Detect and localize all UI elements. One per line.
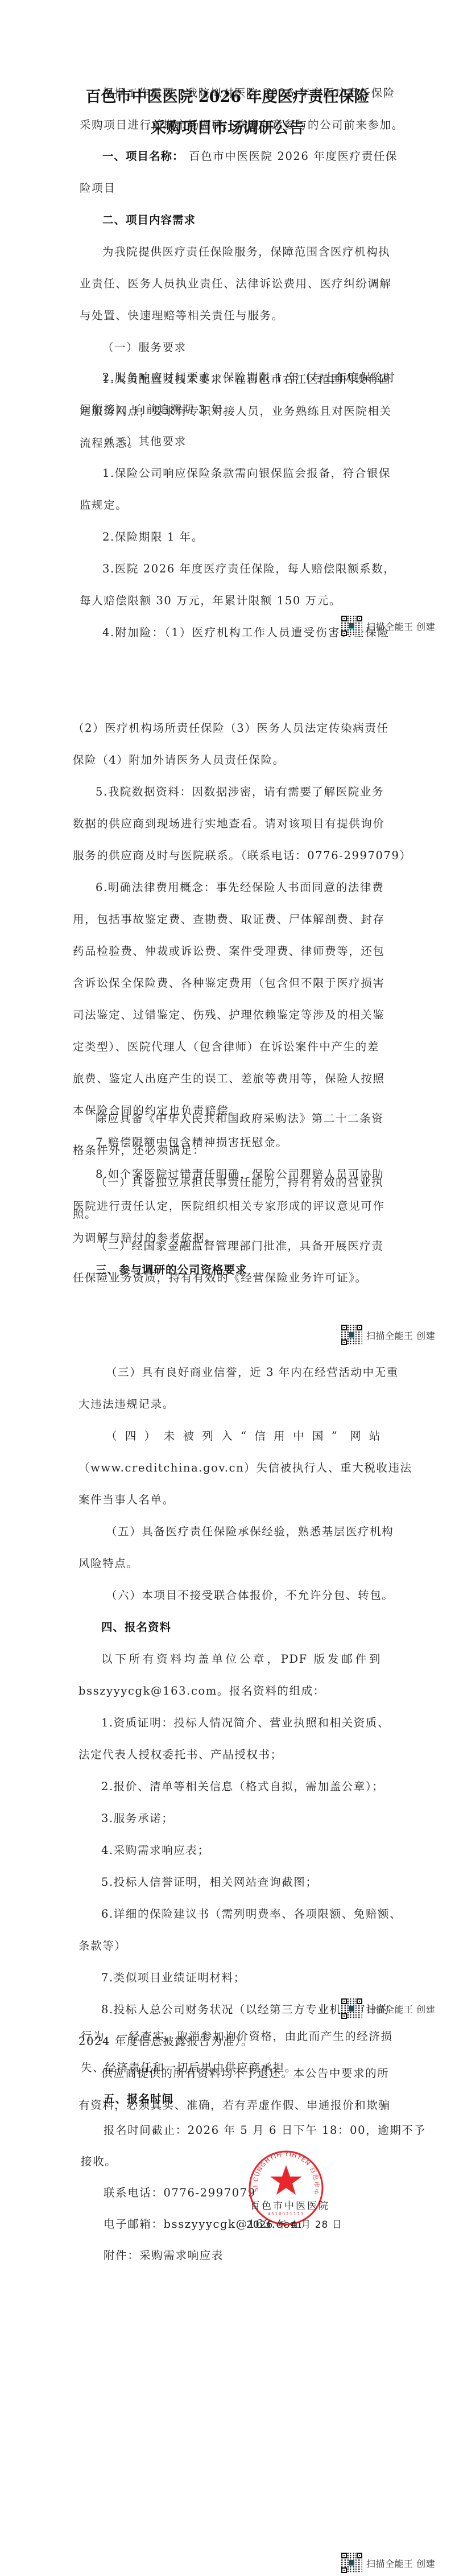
watermark-text: 扫描全能王 创建 — [366, 2002, 435, 2016]
paragraph-line: 任保险业务资质，持有有效的《经营保险业务许可证》。 — [73, 1271, 367, 1285]
watermark-text: 扫描全能王 创建 — [366, 2557, 435, 2570]
paragraph-line: （www.creditchina.gov.cn）失信被执行人、重大税收违法 — [78, 1461, 381, 1475]
paragraph-line: 根据工作需要，我院拟对医院 2026 年度医疗责任保险 — [102, 86, 390, 100]
paragraph-line: 数据的供应商到现场进行实地查看。请对该项目有提供询价 — [73, 817, 377, 831]
paragraph-line: 接收。 — [81, 2155, 117, 2169]
paragraph-line: 与处置、快速理赔等相关责任与服务。 — [80, 309, 284, 323]
paragraph-line: bsszyyycgk@163.com。报名资料的组成： — [78, 1684, 325, 1698]
paragraph-line: 案件当事人名单。 — [78, 1493, 175, 1507]
paragraph-line: 医院进行责任认定，医院组织相关专家形成的评议意见可作 — [73, 1200, 377, 1213]
paragraph-line: 失、经济责任和一切后果由供应商承担。 — [81, 2061, 297, 2075]
paragraph-line: 1.资质证明：投标人情况简介、营业执照和相关资质、 — [101, 1716, 379, 1730]
paragraph-line: 司法鉴定、过错鉴定、伤残、护理依赖鉴定等涉及的相关鉴 — [73, 1008, 377, 1022]
watermark-text: 扫描全能王 创建 — [366, 620, 435, 633]
section-heading: 五、报名时间 — [104, 2092, 173, 2106]
paragraph-line: 格条件外，还必须满足： — [73, 1144, 205, 1157]
paragraph-line: 以下所有资料均盖单位公章，PDF 版发邮件到 — [101, 1652, 381, 1666]
paragraph-line: 业责任、医务人员执业责任、法律诉讼费用、医疗纠纷调解 — [80, 277, 390, 291]
section-heading: 四、报名资料 — [101, 1621, 171, 1634]
paragraph-line: 附件：采购需求响应表 — [104, 2249, 224, 2262]
qr-code-icon — [341, 1998, 362, 2019]
paragraph-line: 6.明确法律费用概念：事先经保险人书面同意的法律费 — [96, 881, 377, 895]
paragraph-line: 大违法违规记录。 — [78, 1398, 175, 1411]
paragraph-line: （一）服务要求 — [102, 341, 187, 355]
paragraph-line: 旅费、鉴定人出庭产生的误工、差旅等费用等，保险人按照 — [73, 1072, 377, 1086]
paragraph-line: （2）医疗机构场所责任保险（3）医务人员法定传染病责任 — [73, 722, 377, 735]
paragraph-line: 2.保险期限 1 年。 — [102, 530, 204, 544]
paragraph-line: 法定代表人授权委托书、产品授权书； — [78, 1748, 283, 1762]
paragraph-line: 3.服务承诺； — [101, 1812, 173, 1825]
paragraph-line: 监规定。 — [80, 498, 127, 512]
scanner-watermark: 扫描全能王 创建 — [341, 2553, 435, 2573]
section-heading: 二、项目内容需求 — [102, 213, 196, 227]
paragraph-line: 风险特点。 — [78, 1557, 139, 1571]
paragraph-line: （三）具有良好商业信誉，近 3 年内在经营活动中无重 — [106, 1366, 381, 1379]
scanner-watermark: 扫描全能王 创建 — [341, 1325, 435, 1345]
paragraph-line: 服务的供应商及时与医院联系。（联系电话：0776-2997079） — [73, 849, 377, 863]
paragraph-line: 1.保险公司响应保险条款需向银保监会报备，符合银保 — [102, 467, 390, 480]
paragraph-line: 5.我院数据资料：因数据涉密，请有需要了解医院业务 — [96, 785, 377, 799]
paragraph-line: 每人赔偿限额 30 万元，年累计限额 150 万元。 — [80, 594, 341, 608]
paragraph-line: 为我院提供医疗责任保险服务，保障范围含医疗机构执 — [102, 245, 390, 259]
paragraph-line: 保险（4）附加外请医务人员责任保险。 — [73, 753, 285, 767]
paragraph-line: 行为，一经查实，取消参加询价资格，由此而产生的经济损 — [81, 2030, 381, 2043]
svg-text:4510021173: 4510021173 — [268, 2212, 305, 2216]
qr-code-icon — [341, 2553, 362, 2573]
scanner-watermark: 扫描全能王 创建 — [341, 1998, 435, 2019]
paragraph-line: 定类型）、医院代理人（包含律师）在诉讼案件中产生的差 — [73, 1040, 377, 1054]
paragraph-line: （一）具备独立承担民事责任能力，持有有效的营业执 — [96, 1176, 377, 1189]
paragraph-line: （五）具备医疗责任保险承保经验，熟悉基层医疗机构 — [106, 1525, 381, 1539]
scanner-watermark: 扫描全能王 创建 — [341, 616, 435, 636]
paragraph-line: 含诉讼保全保险费、各种鉴定费用（包含但不限于医疗损害 — [73, 976, 377, 990]
paragraph-line: 6.详细的保险建议书（需列明费率、各项限额、免赔额、 — [101, 1907, 382, 1921]
paragraph-line: 间衔接），向前追溯期 3 年。 — [80, 403, 235, 417]
paragraph-line: 7.类似项目业绩证明材料； — [101, 1971, 246, 1985]
paragraph-line: 2.报价、清单等相关信息（格式自拟，需加盖公章）； — [101, 1780, 379, 1794]
paragraph-line: 4.采购需求响应表； — [101, 1844, 210, 1857]
paragraph-line: 照。 — [73, 1207, 97, 1221]
paragraph-line: 联系电话：0776-2997079 — [104, 2186, 256, 2200]
paragraph-line: 3.医院 2026 年度医疗责任保险，每人赔偿限额系数， — [102, 562, 384, 576]
signature-org: 百色市中医医院 — [250, 2198, 330, 2212]
paragraph-line: 2.服务响应时间要求：保险期限 1 年（与上年度保险时 — [102, 371, 390, 385]
qr-code-icon — [341, 616, 362, 636]
paragraph-line: 险项目 — [80, 182, 115, 195]
official-seal-icon: BAISE SI CUNGHYIH YIHYEN 百色市中医医院 4510021… — [246, 2148, 326, 2228]
paragraph-line: 百色市中医医院 2026 年度医疗责任保 — [189, 150, 390, 163]
paragraph-line: （二）经国家金融监督管理部门批准，具备开展医疗责 — [96, 1239, 377, 1253]
qr-code-icon — [341, 1325, 362, 1345]
paragraph-line: 用，包括事故鉴定费、查勘费、取证费、尸体解剖费、封存 — [73, 913, 377, 926]
paragraph-line: 条款等） — [78, 1939, 126, 1953]
paragraph-line: 8.投标人总公司财务状况（以经第三方专业机构审计的 — [101, 2003, 382, 2017]
watermark-text: 扫描全能王 创建 — [366, 1329, 435, 1342]
paragraph-line: （四）未被列入“信用中国” 网站 — [106, 1429, 381, 1443]
paragraph-line: 药品检验费、仲裁或诉讼费、案件受理费、律师费等，还包 — [73, 945, 377, 958]
paragraph-line: 采购项目进行前期市场调研，欢迎有意参与的公司前来参加。 — [80, 118, 398, 132]
paragraph-line: 报名时间截止：2026 年 5 月 6 日下午 18：00，逾期不予 — [104, 2124, 381, 2137]
section-heading: 一、项目名称： — [102, 150, 184, 163]
paragraph-line: （六）本项目不接受联合体报价，不允许分包、转包。 — [106, 1589, 381, 1602]
signature-date: 2026 年 4 月 28 日 — [246, 2216, 342, 2231]
paragraph-line: 除应具备《中华人民共和国政府采购法》第二十二条资 — [96, 1112, 377, 1126]
paragraph-line: （二）其他要求 — [102, 435, 187, 448]
paragraph-line: 5.投标人信誉证明，相关网站查询截图； — [101, 1876, 318, 1889]
